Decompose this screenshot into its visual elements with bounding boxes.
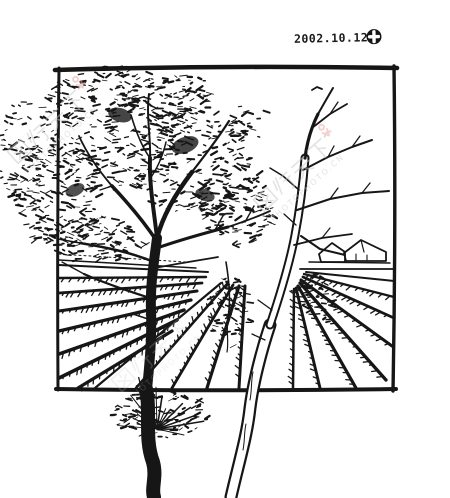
- right-field-furrows: [288, 236, 394, 388]
- foliage-speckles: [0, 66, 336, 438]
- watermark-latin-text: PHOTOPHOTO.CN: [127, 332, 205, 403]
- watermark-latin-text: PHOTOPHOTO.CN: [23, 104, 101, 175]
- sketch-canvas: 2002.10.12. PHOTOPHOTO.CN: [0, 0, 450, 498]
- watermark-logo-figure: [317, 123, 332, 138]
- left-field-furrows: [59, 254, 208, 391]
- date-inscription: 2002.10.12.: [294, 30, 376, 46]
- inscription: 2002.10.12.: [294, 29, 382, 46]
